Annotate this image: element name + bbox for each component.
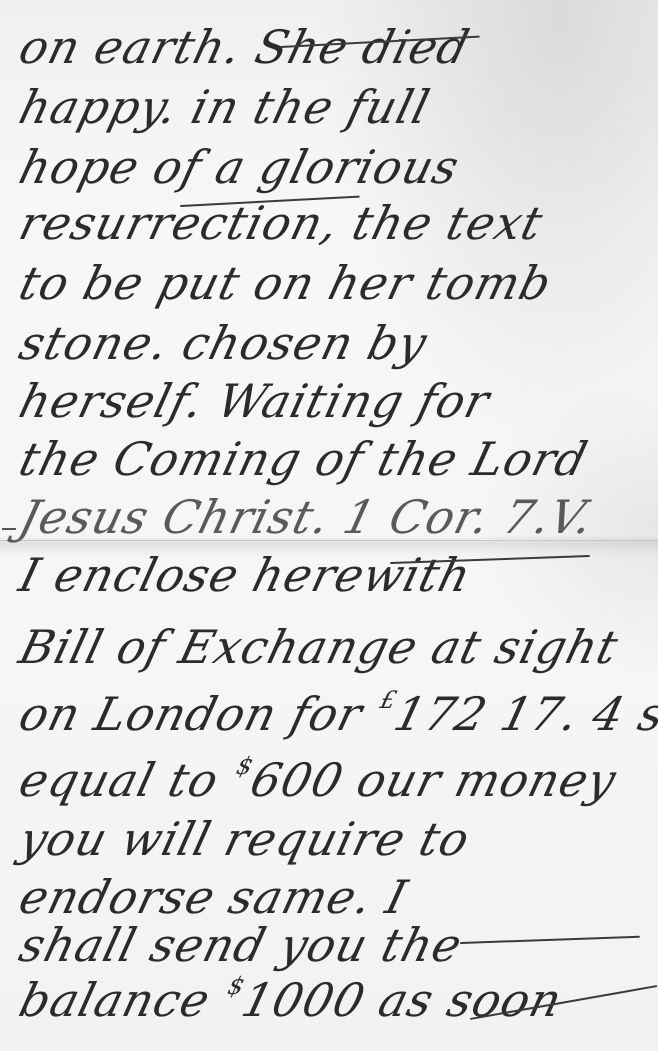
line-text: equal to — [14, 753, 240, 807]
letter-line-11: Bill of Exchange at sight — [14, 620, 624, 674]
margin-ink-mark — [2, 528, 16, 530]
amount-text: 172 17. 4 stg — [389, 687, 658, 741]
letter-line-13: equal to $600 our money — [14, 752, 622, 807]
amount-text: 1000 as soon — [237, 973, 568, 1027]
letter-line-7: herself. Waiting for — [14, 374, 495, 428]
letter-line-17: balance $1000 as soon — [14, 972, 568, 1027]
letter-line-10: I enclose herewith — [14, 548, 477, 602]
letter-line-15: endorse same. I — [14, 870, 413, 924]
pen-flourish — [460, 936, 640, 944]
letter-line-12: on London for £172 17. 4 stg — [14, 686, 658, 741]
letter-line-6: stone. chosen by — [14, 316, 433, 370]
amount-text: 600 our money — [245, 753, 622, 807]
letter-line-3: hope of a glorious — [14, 140, 465, 194]
letter-line-2: happy. in the full — [14, 80, 436, 134]
line-text: balance — [14, 973, 232, 1027]
letter-line-8: the Coming of the Lord — [14, 432, 593, 486]
letter-line-1: on earth. She died — [14, 20, 475, 74]
line-text: on London for — [14, 687, 384, 741]
letter-page: on earth. She died happy. in the full ho… — [0, 0, 658, 1051]
letter-line-16: shall send you the — [14, 918, 468, 972]
letter-line-5: to be put on her tomb — [14, 256, 557, 310]
letter-line-4: resurrection, the text — [14, 196, 549, 250]
letter-line-9: Jesus Christ. 1 Cor. 7.V. — [14, 490, 599, 544]
letter-line-14: you will require to — [14, 812, 476, 866]
